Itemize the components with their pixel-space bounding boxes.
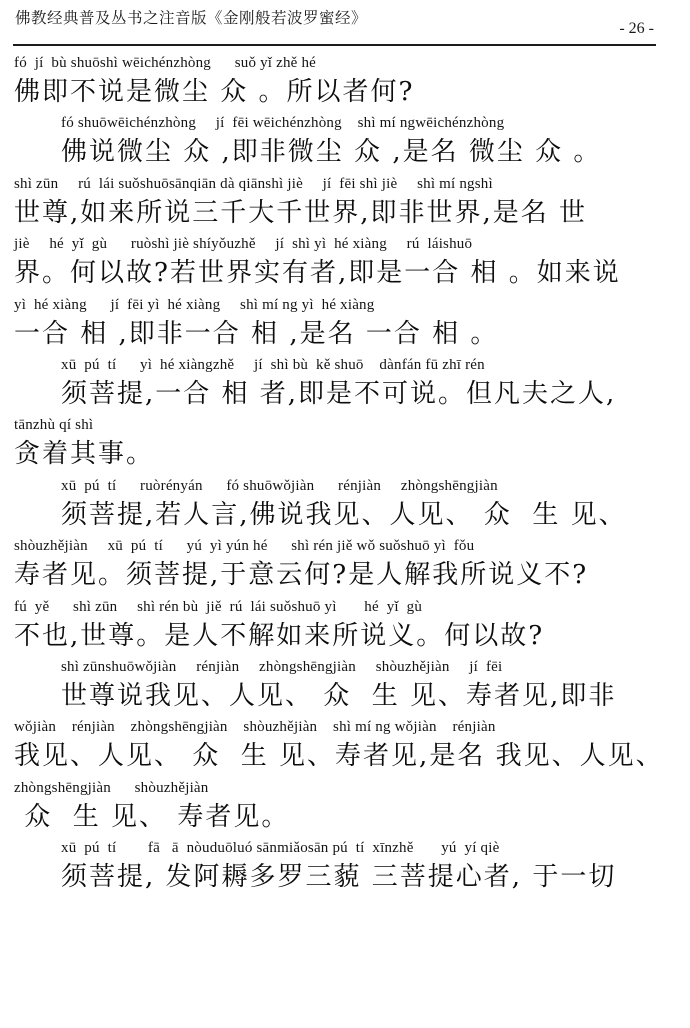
hanzi-line: 众 生 见、 寿者见。 (14, 798, 678, 836)
hanzi-line: 世尊说我见、人见、 众 生 见、寿者见,即非 (61, 677, 678, 715)
hanzi-line: 须菩提, 发阿耨多罗三藐 三菩提心者, 于一切 (61, 858, 678, 896)
text-line-pair: zhòngshēngjiàn shòuzhějiàn 众 生 见、 寿者见。 (14, 776, 678, 836)
text-line-pair: shì zūnshuōwǒjiàn rénjiàn zhòngshēngjiàn… (14, 655, 678, 715)
text-line-pair: fó shuōwēichénzhòng jí fēi wēichénzhòng … (14, 111, 678, 171)
pinyin-line: xū pú tí ruòrényán fó shuōwǒjiàn rénjiàn… (61, 476, 678, 496)
page-number: - 26 - (619, 20, 654, 38)
hanzi-line: 不也,世尊。是人不解如来所说义。何以故? (14, 617, 678, 655)
pinyin-line: shì zūn rú lái suǒshuōsānqiān dà qiānshì… (14, 174, 678, 194)
document-page: 佛教经典普及丛书之注音版《金刚般若波罗蜜经》 - 26 - fó jí bù s… (0, 0, 690, 1028)
pinyin-line: fó shuōwēichénzhòng jí fēi wēichénzhòng … (61, 113, 678, 133)
text-line-pair: shòuzhějiàn xū pú tí yú yì yún hé shì ré… (14, 534, 678, 594)
text-line-pair: wǒjiàn rénjiàn zhòngshēngjiàn shòuzhějià… (14, 715, 678, 775)
pinyin-line: fó jí bù shuōshì wēichénzhòng suǒ yǐ zhě… (14, 53, 678, 73)
hanzi-line: 须菩提,一合 相 者,即是不可说。但凡夫之人, (61, 375, 678, 413)
text-line-pair: tānzhù qí shì 贪着其事。 (14, 413, 678, 473)
pinyin-line: zhòngshēngjiàn shòuzhějiàn (14, 778, 678, 798)
text-line-pair: fó jí bù shuōshì wēichénzhòng suǒ yǐ zhě… (14, 51, 678, 111)
text-line-pair: fú yě shì zūn shì rén bù jiě rú lái suǒs… (14, 595, 678, 655)
hanzi-line: 寿者见。须菩提,于意云何?是人解我所说义不? (14, 556, 678, 594)
text-line-pair: jiè hé yǐ gù ruòshì jiè shíyǒuzhě jí shì… (14, 232, 678, 292)
hanzi-line: 我见、人见、 众 生 见、寿者见,是名 我见、人见、 (14, 737, 678, 775)
text-line-pair: shì zūn rú lái suǒshuōsānqiān dà qiānshì… (14, 172, 678, 232)
text-line-pair: xū pú tí yì hé xiàngzhě jí shì bù kě shu… (14, 353, 678, 413)
pinyin-line: yì hé xiàng jí fēi yì hé xiàng shì mí ng… (14, 295, 678, 315)
hanzi-line: 世尊,如来所说三千大千世界,即非世界,是名 世 (14, 194, 678, 232)
hanzi-line: 须菩提,若人言,佛说我见、人见、 众 生 见、 (61, 496, 678, 534)
pinyin-line: tānzhù qí shì (14, 415, 678, 435)
pinyin-line: shòuzhějiàn xū pú tí yú yì yún hé shì ré… (14, 536, 678, 556)
pinyin-line: wǒjiàn rénjiàn zhòngshēngjiàn shòuzhějià… (14, 717, 678, 737)
book-series-title: 佛教经典普及丛书之注音版《金刚般若波罗蜜经》 (15, 6, 367, 28)
text-line-pair: yì hé xiàng jí fēi yì hé xiàng shì mí ng… (14, 293, 678, 353)
pinyin-line: xū pú tí yì hé xiàngzhě jí shì bù kě shu… (61, 355, 678, 375)
pinyin-line: jiè hé yǐ gù ruòshì jiè shíyǒuzhě jí shì… (14, 234, 678, 254)
hanzi-line: 佛说微尘 众 ,即非微尘 众 ,是名 微尘 众 。 (61, 133, 678, 171)
text-line-pair: xū pú tí fā ā nòuduōluó sānmiǎosān pú tí… (14, 836, 678, 896)
pinyin-line: fú yě shì zūn shì rén bù jiě rú lái suǒs… (14, 597, 678, 617)
hanzi-line: 佛即不说是微尘 众 。所以者何? (14, 73, 678, 111)
hanzi-line: 一合 相 ,即非一合 相 ,是名 一合 相 。 (14, 315, 678, 353)
hanzi-line: 贪着其事。 (14, 435, 678, 473)
hanzi-line: 界。何以故?若世界实有者,即是一合 相 。如来说 (14, 254, 678, 292)
pinyin-line: shì zūnshuōwǒjiàn rénjiàn zhòngshēngjiàn… (61, 657, 678, 677)
header-divider (13, 44, 656, 46)
sutra-text-body: fó jí bù shuōshì wēichénzhòng suǒ yǐ zhě… (14, 51, 678, 896)
text-line-pair: xū pú tí ruòrényán fó shuōwǒjiàn rénjiàn… (14, 474, 678, 534)
pinyin-line: xū pú tí fā ā nòuduōluó sānmiǎosān pú tí… (61, 838, 678, 858)
